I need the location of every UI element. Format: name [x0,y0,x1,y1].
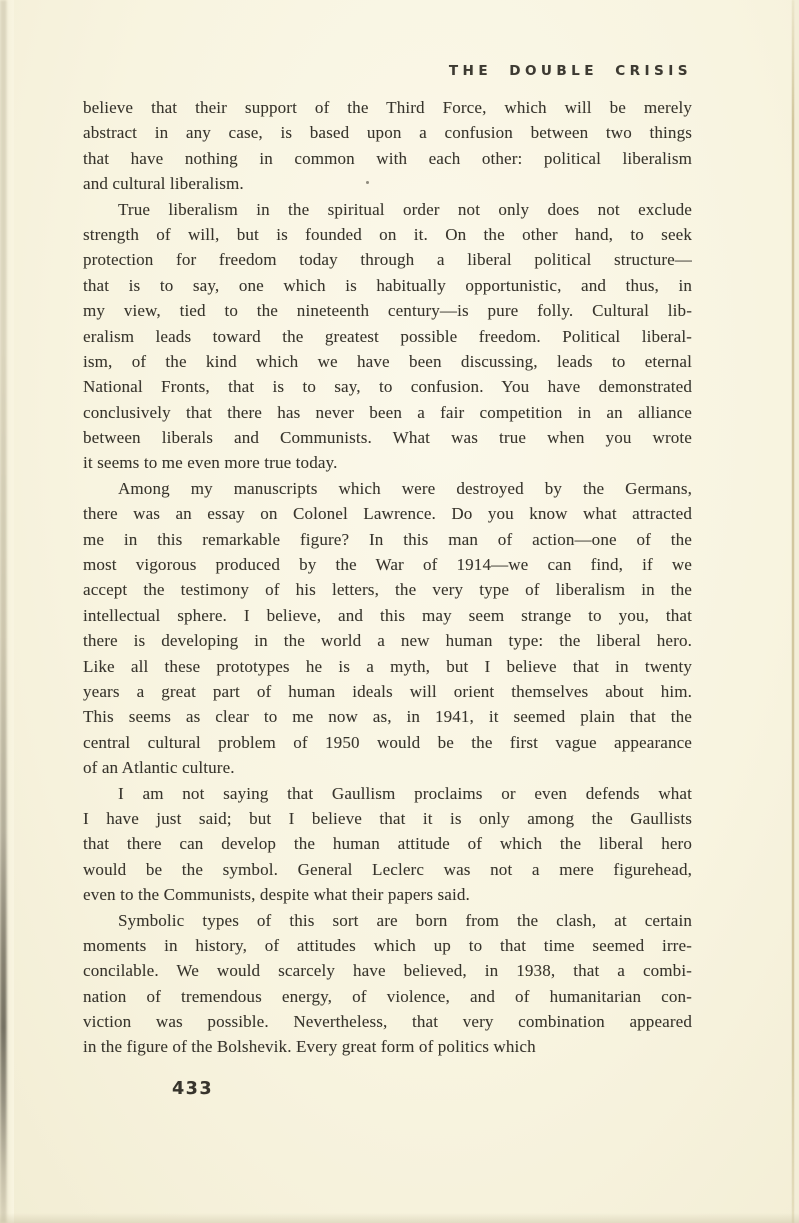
page-number: 433 [172,1079,213,1099]
text-line: This seems as clear to me now as, in 194… [83,704,692,729]
scan-gutter-shadow-fade [5,0,14,1223]
text-line: moments in history, of attitudes which u… [83,933,692,958]
text-line: most vigorous produced by the War of 191… [83,552,692,577]
body-text: believe that their support of the Third … [83,95,692,1060]
text-line: that have nothing in common with each ot… [83,146,692,171]
text-line: it seems to me even more true today. [83,450,692,475]
text-line: that is to say, one which is habitually … [83,273,692,298]
text-line: intellectual sphere. I believe, and this… [83,603,692,628]
text-line: eralism leads toward the greatest possib… [83,324,692,349]
text-line: viction was possible. Nevertheless, that… [83,1009,692,1034]
text-line: there was an essay on Colonel Lawrence. … [83,501,692,526]
text-line: in the figure of the Bolshevik. Every gr… [83,1034,692,1059]
text-line: Symbolic types of this sort are born fro… [83,908,692,933]
text-line: central cultural problem of 1950 would b… [83,730,692,755]
text-line: nation of tremendous energy, of violence… [83,984,692,1009]
paragraph: believe that their support of the Third … [83,95,692,197]
text-line: True liberalism in the spiritual order n… [83,197,692,222]
text-line: years a great part of human ideals will … [83,679,692,704]
paragraph: Among my manuscripts which were destroye… [83,476,692,781]
text-line: ism, of the kind which we have been disc… [83,349,692,374]
text-line: accept the testimony of his letters, the… [83,577,692,602]
page-right-edge [794,0,799,1223]
paragraph: I am not saying that Gaullism proclaims … [83,781,692,908]
text-line: I have just said; but I believe that it … [83,806,692,831]
text-line: Like all these prototypes he is a myth, … [83,654,692,679]
running-header: THE DOUBLE CRISIS [83,63,692,79]
text-line: of an Atlantic culture. [83,755,692,780]
text-line: and cultural liberalism. [83,171,692,196]
ink-speck-artifact [366,181,369,184]
text-line: abstract in any case, is based upon a co… [83,120,692,145]
text-line: my view, tied to the nineteenth century—… [83,298,692,323]
text-line: National Fronts, that is to say, to conf… [83,374,692,399]
text-line: strength of will, but is founded on it. … [83,222,692,247]
page-bottom-shade [0,1213,799,1223]
text-line: that there can develop the human attitud… [83,831,692,856]
paragraph: Symbolic types of this sort are born fro… [83,908,692,1060]
book-page-scan: THE DOUBLE CRISIS believe that their sup… [0,0,799,1223]
text-line: there is developing in the world a new h… [83,628,692,653]
page-right-edge-line [792,0,794,1223]
text-line: would be the symbol. General Leclerc was… [83,857,692,882]
text-line: concilable. We would scarcely have belie… [83,958,692,983]
text-line: I am not saying that Gaullism proclaims … [83,781,692,806]
text-line: me in this remarkable figure? In this ma… [83,527,692,552]
text-line: conclusively that there has never been a… [83,400,692,425]
text-line: between liberals and Communists. What wa… [83,425,692,450]
paragraph: True liberalism in the spiritual order n… [83,197,692,476]
text-line: Among my manuscripts which were destroye… [83,476,692,501]
text-line: believe that their support of the Third … [83,95,692,120]
text-line: protection for freedom today through a l… [83,247,692,272]
text-line: even to the Communists, despite what the… [83,882,692,907]
